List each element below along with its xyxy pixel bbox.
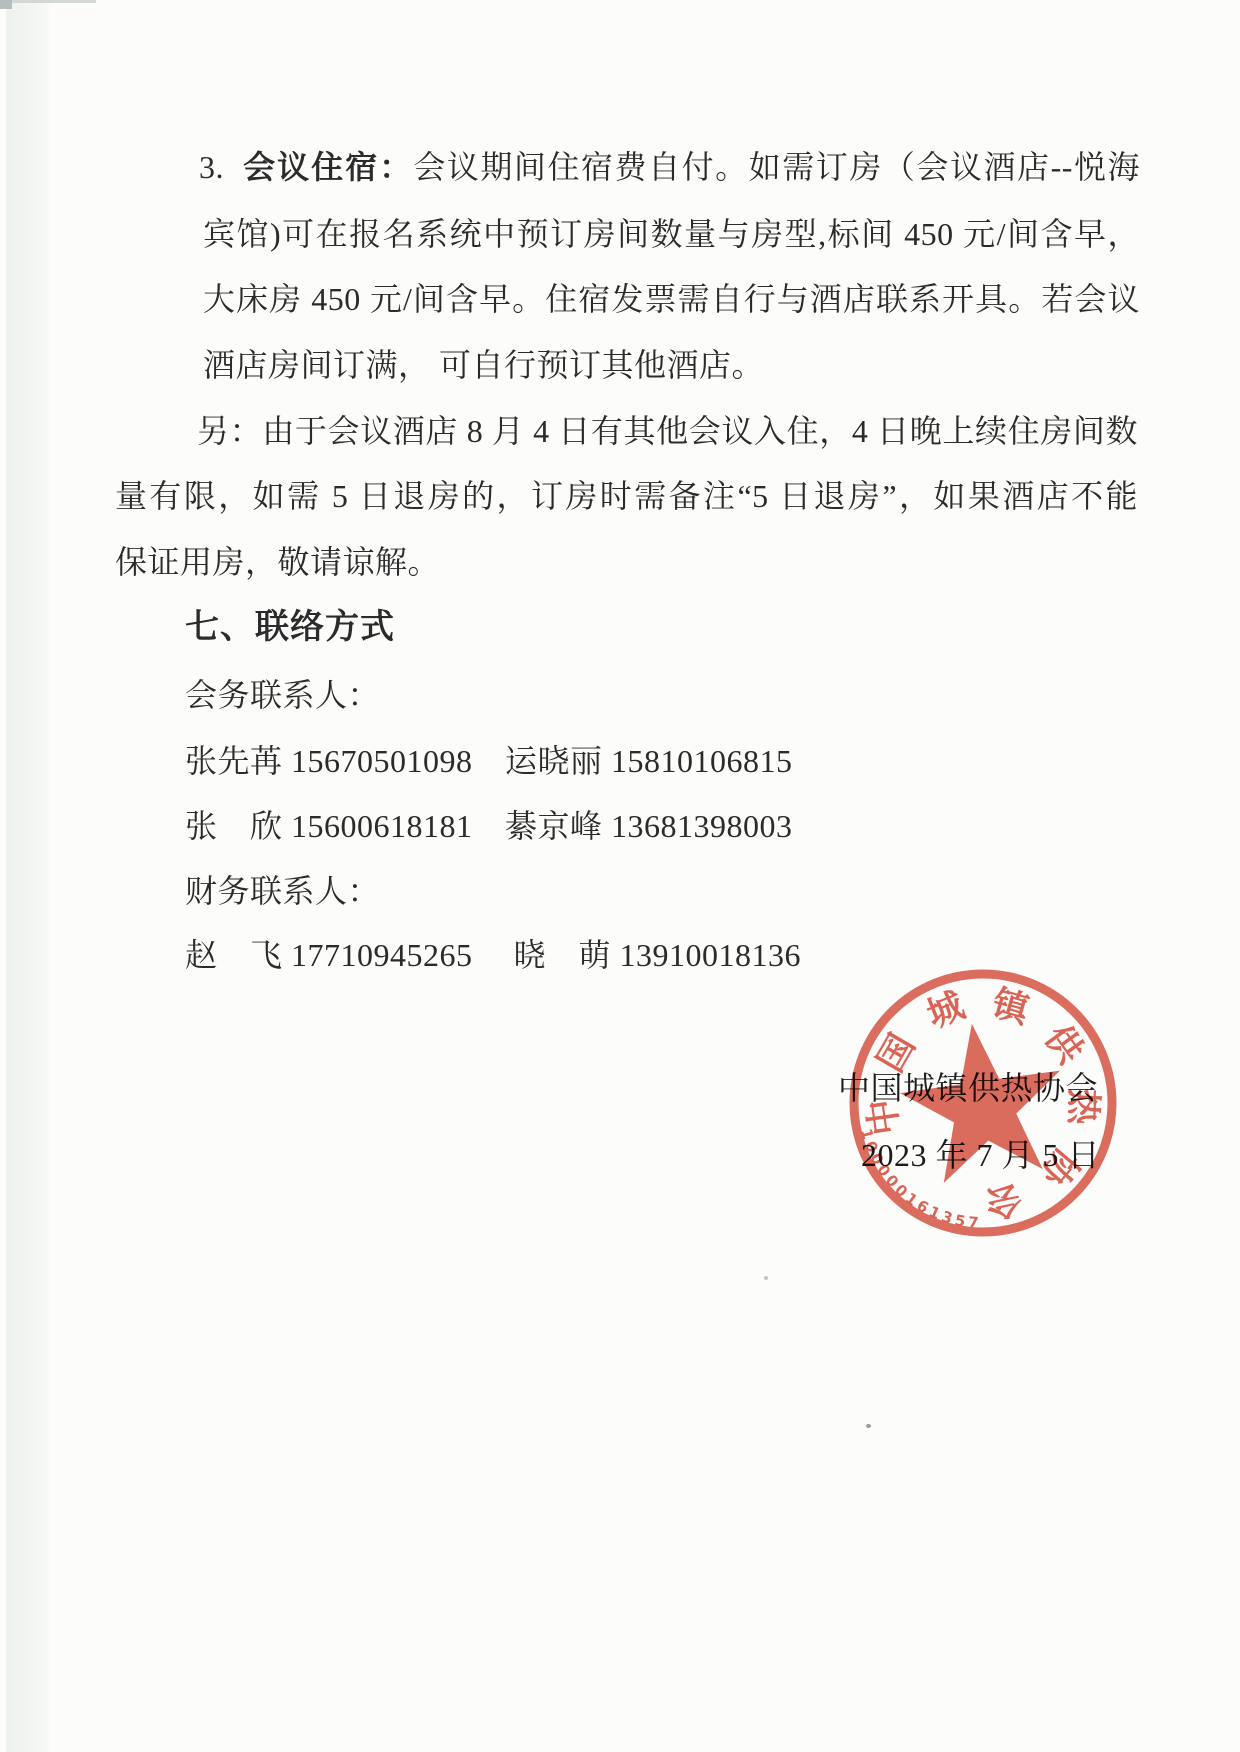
conference-contacts-row: 张 欣 15600618181 綦京峰 13681398003 bbox=[185, 809, 793, 844]
list-item-3-line-3: 大床房 450 元/间含早。住宿发票需自行与酒店联系开具。若会议 bbox=[203, 282, 1140, 317]
seal-arc-character: 会 bbox=[980, 1177, 1027, 1224]
finance-contacts-label: 财务联系人： bbox=[185, 874, 380, 909]
conference-contacts-row: 张先苒 15670501098 运晓丽 15810106815 bbox=[185, 744, 793, 779]
list-item-3-line-2: 宾馆)可在报名系统中预订房间数量与房型,标间 450 元/间含早， bbox=[203, 217, 1140, 252]
finance-contacts-row: 赵 飞 17710945265 晓 萌 13910018136 bbox=[185, 938, 801, 973]
scan-speck bbox=[866, 1424, 871, 1428]
list-item-3-line-1: 3. 会议住宿：会议期间住宿费自付。如需订房（会议酒店--悦海 bbox=[199, 150, 1140, 185]
seal-serial-digit: 7 bbox=[965, 1211, 983, 1234]
note-line-2: 量有限，如需 5 日退房的，订房时需备注“5 日退房”，如果酒店不能 bbox=[115, 479, 1138, 514]
seal-arc-character: 热 bbox=[1062, 1086, 1103, 1127]
list-item-text: 会议期间住宿费自付。如需订房（会议酒店--悦海 bbox=[413, 149, 1140, 185]
document-page: 3. 会议住宿：会议期间住宿费自付。如需订房（会议酒店--悦海 宾馆)可在报名系… bbox=[0, 0, 1240, 1752]
note-line-3: 保证用房，敬请谅解。 bbox=[115, 545, 440, 580]
scan-edge-band bbox=[6, 0, 52, 1752]
scan-corner-mark bbox=[0, 0, 12, 9]
section-heading: 七、联络方式 bbox=[185, 609, 395, 646]
list-item-3-line-4: 酒店房间订满， 可自行预订其他酒店。 bbox=[203, 348, 764, 383]
list-item-title: 会议住宿： bbox=[243, 149, 413, 185]
note-line-1: 另：由于会议酒店 8 月 4 日有其他会议入住，4 日晚上续住房间数 bbox=[197, 414, 1138, 449]
conference-contacts-label: 会务联系人： bbox=[185, 678, 380, 713]
scan-top-edge bbox=[0, 0, 96, 3]
scan-speck bbox=[764, 1276, 768, 1280]
list-item-number: 3. bbox=[199, 149, 224, 185]
